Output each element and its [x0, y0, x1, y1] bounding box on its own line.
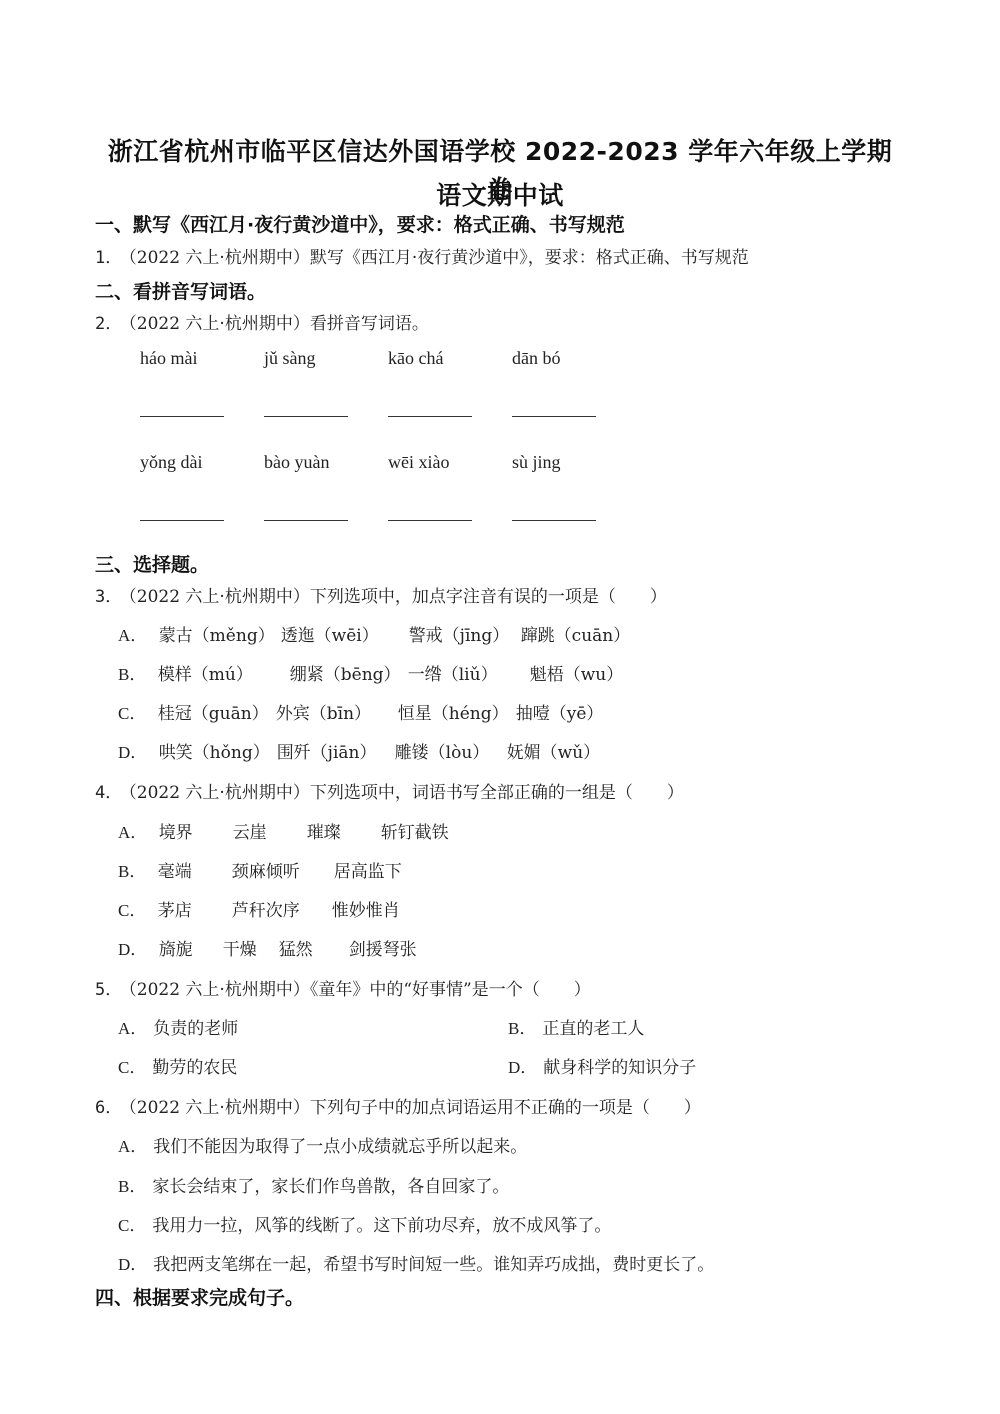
q6-option-d[interactable]: D．我把两支笔绑在一起，希望书写时间短一些。谁知弄巧成拙，费时更长了。: [118, 1250, 714, 1275]
section-3-heading: 三、选择题。: [95, 550, 209, 577]
question-number: 2．: [95, 314, 122, 334]
pinyin-4: dān bó: [512, 348, 561, 369]
pinyin-7: wēi xiào: [388, 452, 449, 473]
question-number: 4．: [95, 783, 122, 803]
question-5: 5．（2022 六上·杭州期中）《童年》中的“好事情”是一个（ ）: [95, 975, 591, 1000]
question-text: （2022 六上·杭州期中）下列选项中，词语书写全部正确的一组是（ ）: [128, 783, 684, 803]
q6-option-c[interactable]: C．我用力一拉，风筝的线断了。这下前功尽弃，放不成风筝了。: [118, 1211, 611, 1236]
q4-option-b[interactable]: B． 毫端颈麻倾听居高监下: [118, 857, 418, 882]
answer-blank-6[interactable]: [264, 520, 348, 521]
q5-option-d[interactable]: D．献身科学的知识分子: [508, 1053, 696, 1078]
question-4: 4．（2022 六上·杭州期中）下列选项中，词语书写全部正确的一组是（ ）: [95, 778, 684, 803]
answer-blank-7[interactable]: [388, 520, 472, 521]
q3-option-c[interactable]: C． 桂冠（guān）外宾（bīn）恒星（héng）抽噎（yē）: [118, 699, 619, 724]
answer-blank-8[interactable]: [512, 520, 596, 521]
q4-option-c[interactable]: C． 茅店芦秆次序惟妙惟肖: [118, 896, 416, 921]
pinyin-8: sù jing: [512, 452, 561, 473]
q5-option-c[interactable]: C．勤劳的农民: [118, 1053, 237, 1078]
question-number: 5．: [95, 980, 122, 1000]
exam-title-line2: 卷: [96, 168, 904, 212]
question-2: 2．（2022 六上·杭州期中）看拼音写词语。: [95, 309, 429, 334]
q6-option-a[interactable]: A．我们不能因为取得了一点小成绩就忘乎所以起来。: [118, 1132, 527, 1157]
answer-blank-1[interactable]: [140, 416, 224, 417]
pinyin-5: yǒng dài: [140, 452, 203, 473]
answer-blank-3[interactable]: [388, 416, 472, 417]
question-3: 3．（2022 六上·杭州期中）下列选项中，加点字注音有误的一项是（ ）: [95, 582, 667, 607]
answer-blank-4[interactable]: [512, 416, 596, 417]
answer-blank-2[interactable]: [264, 416, 348, 417]
answer-blank-5[interactable]: [140, 520, 224, 521]
question-text: （2022 六上·杭州期中）下列句子中的加点词语运用不正确的一项是（ ）: [128, 1098, 701, 1118]
section-4-heading: 四、根据要求完成句子。: [95, 1283, 304, 1310]
q4-option-d[interactable]: D． 旖旎干燥猛然剑援弩张: [118, 935, 433, 960]
question-text: （2022 六上·杭州期中）下列选项中，加点字注音有误的一项是（ ）: [128, 587, 667, 607]
question-number: 3．: [95, 587, 122, 607]
section-2-heading: 二、看拼音写词语。: [95, 277, 266, 304]
question-text: （2022 六上·杭州期中）《童年》中的“好事情”是一个（ ）: [128, 980, 590, 1000]
pinyin-2: jǔ sàng: [264, 348, 316, 369]
pinyin-1: háo mài: [140, 348, 197, 369]
q5-option-a[interactable]: A．负责的老师: [118, 1014, 238, 1039]
question-number: 1．: [95, 248, 122, 268]
q4-option-a[interactable]: A． 境界云崖璀璨斩钉截铁: [118, 818, 465, 843]
q6-option-b[interactable]: B．家长会结束了，家长们作鸟兽散，各自回家了。: [118, 1172, 509, 1197]
exam-page: 浙江省杭州市临平区信达外国语学校 2022-2023 学年六年级上学期语文期中试…: [0, 0, 1000, 1414]
section-1-heading: 一、默写《西江月·夜行黄沙道中》，要求：格式正确、书写规范: [95, 210, 625, 237]
q3-option-b[interactable]: B． 模样（mú）绷紧（bēng）一绺（liǔ）魁梧（wu）: [118, 660, 639, 685]
pinyin-6: bào yuàn: [264, 452, 329, 473]
question-6: 6．（2022 六上·杭州期中）下列句子中的加点词语运用不正确的一项是（ ）: [95, 1093, 701, 1118]
question-1: 1．（2022 六上·杭州期中）默写《西江月·夜行黄沙道中》，要求：格式正确、书…: [95, 243, 749, 268]
q5-option-b[interactable]: B．正直的老工人: [508, 1014, 644, 1039]
question-text: （2022 六上·杭州期中）默写《西江月·夜行黄沙道中》，要求：格式正确、书写规…: [128, 248, 748, 268]
q3-option-d[interactable]: D． 哄笑（hǒng）围歼（jiān）雕镂（lòu）妩媚（wǔ）: [118, 738, 616, 763]
question-text: （2022 六上·杭州期中）看拼音写词语。: [128, 314, 429, 334]
q3-option-a[interactable]: A． 蒙古（měng）透迤（wēi）警戒（jīng）蹿跳（cuān）: [118, 621, 646, 646]
question-number: 6．: [95, 1098, 122, 1118]
pinyin-3: kāo chá: [388, 348, 443, 369]
